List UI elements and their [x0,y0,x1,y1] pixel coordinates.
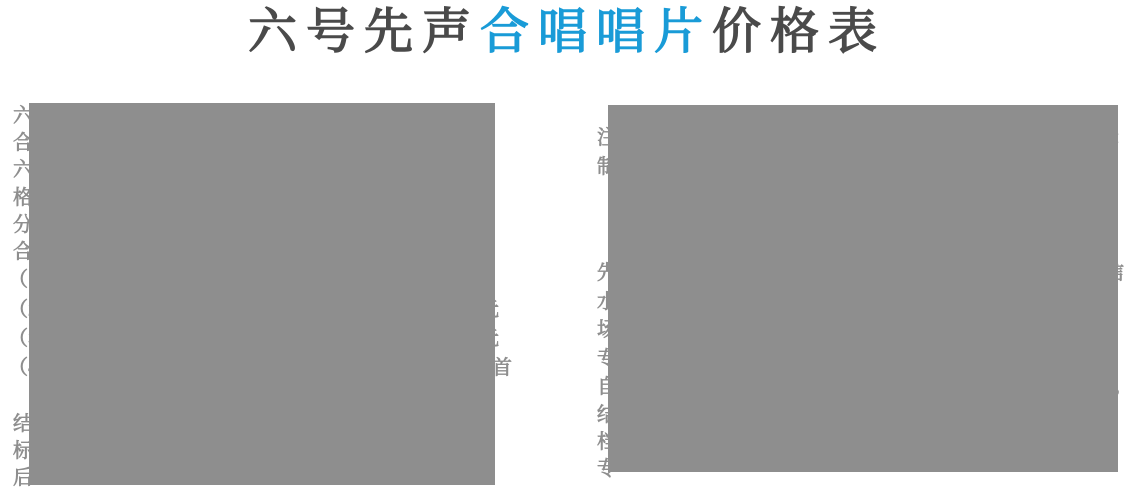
redaction-block-right [608,105,1118,472]
left-line-10-trail-fragment: 首 [492,356,512,380]
page-title: 六号先声合唱唱片价格表 [0,0,1134,64]
title-suffix: 价格表 [712,5,886,59]
redaction-block-left [29,103,495,485]
title-highlight: 合唱唱片 [480,5,712,59]
page: 六号先声合唱唱片价格表 六 合 六 格 分 合 （1 （2 （3 （4 （ 结 … [0,0,1134,495]
title-prefix: 六号先声 [248,5,480,59]
